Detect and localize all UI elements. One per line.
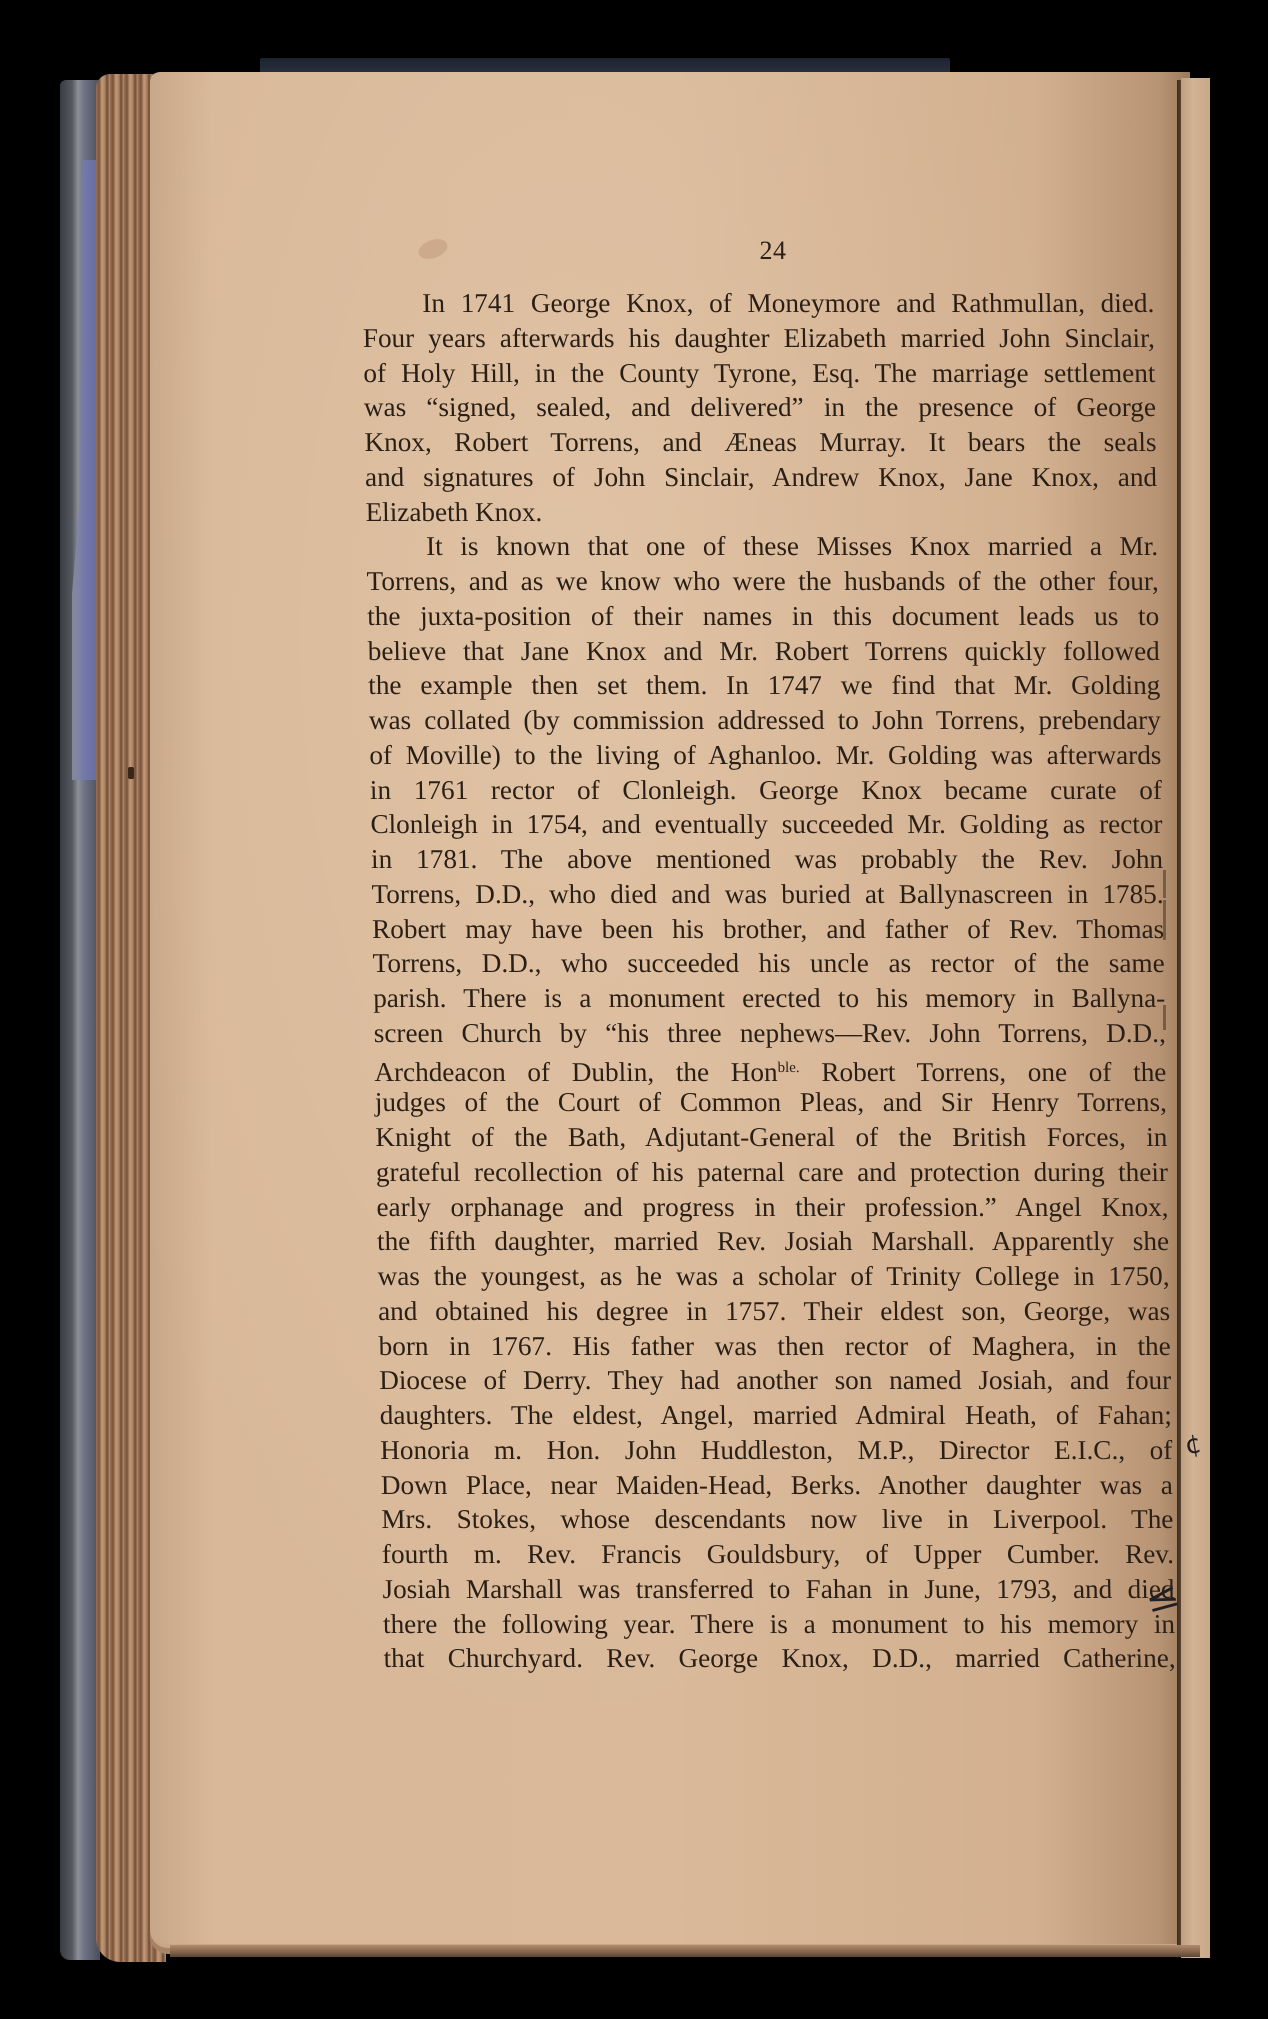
text-line: the fifth daughter, married Rev. Josiah … bbox=[377, 1224, 1170, 1259]
text-line: Torrens, D.D., who died and was buried a… bbox=[371, 877, 1164, 912]
text-line: was the youngest, as he was a scholar of… bbox=[377, 1259, 1170, 1294]
text-line: Elizabeth Knox. bbox=[365, 495, 1158, 530]
text-line: fourth m. Rev. Francis Gouldsbury, of Up… bbox=[382, 1537, 1175, 1572]
text-line: there the following year. There is a mon… bbox=[383, 1607, 1176, 1642]
text-line: In 1741 George Knox, of Moneymore and Ra… bbox=[362, 286, 1155, 321]
text-line: Mrs. Stokes, whose descendants now live … bbox=[381, 1502, 1174, 1537]
text-line: in 1781. The above mentioned was probabl… bbox=[371, 842, 1164, 877]
text-fragment: Archdeacon of Dublin, the Hon bbox=[374, 1057, 778, 1087]
text-line: Diocese of Derry. They had another son n… bbox=[379, 1363, 1172, 1398]
text-line: Knight of the Bath, Adjutant-General of … bbox=[375, 1120, 1168, 1155]
text-line: and obtained his degree in 1757. Their e… bbox=[378, 1294, 1171, 1329]
page-number: 24 bbox=[0, 236, 1268, 266]
text-fragment: Robert Torrens, one of the bbox=[799, 1057, 1166, 1087]
text-line: grateful recollection of his paternal ca… bbox=[376, 1155, 1169, 1190]
text-line: of Holy Hill, in the County Tyrone, Esq.… bbox=[363, 356, 1156, 391]
text-line: believe that Jane Knox and Mr. Robert To… bbox=[367, 634, 1160, 669]
text-line: that Churchyard. Rev. George Knox, D.D.,… bbox=[383, 1641, 1176, 1676]
text-line: Torrens, D.D., who succeeded his uncle a… bbox=[372, 946, 1165, 981]
text-line: born in 1767. His father was then rector… bbox=[378, 1329, 1171, 1364]
text-line: parish. There is a monument erected to h… bbox=[373, 981, 1166, 1016]
text-line: Honoria m. Hon. John Huddleston, M.P., D… bbox=[380, 1433, 1173, 1468]
text-line: Four years afterwards his daughter Eliza… bbox=[363, 321, 1156, 356]
paragraph-2: It is known that one of these Misses Kno… bbox=[366, 529, 1176, 1676]
text-line: judges of the Court of Common Pleas, and… bbox=[375, 1085, 1168, 1120]
text-line: of Moville) to the living of Aghanloo. M… bbox=[369, 738, 1162, 773]
text-line: the juxta-position of their names in thi… bbox=[367, 599, 1160, 634]
text-line: daughters. The eldest, Angel, married Ad… bbox=[379, 1398, 1172, 1433]
text-line: was “signed, sealed, and delivered” in t… bbox=[364, 390, 1157, 425]
text-line: Torrens, and as we know who were the hus… bbox=[366, 564, 1159, 599]
text-line: early orphanage and progress in their pr… bbox=[376, 1190, 1169, 1225]
text-line: Josiah Marshall was transferred to Fahan… bbox=[382, 1572, 1175, 1607]
text-line: and signatures of John Sinclair, Andrew … bbox=[365, 460, 1158, 495]
page-edge-mark bbox=[128, 767, 134, 779]
text-line: the example then set them. In 1747 we fi… bbox=[368, 668, 1161, 703]
text-line: Clonleigh in 1754, and eventually succee… bbox=[370, 807, 1163, 842]
text-line-honourable: Archdeacon of Dublin, the Honble. Robert… bbox=[374, 1051, 1167, 1086]
text-line: screen Church by “his three nephews—Rev.… bbox=[373, 1016, 1166, 1051]
text-line: in 1761 rector of Clonleigh. George Knox… bbox=[370, 773, 1163, 808]
text-line: Knox, Robert Torrens, and Æneas Murray. … bbox=[364, 425, 1157, 460]
text-line: Robert may have been his brother, and fa… bbox=[372, 912, 1165, 947]
paragraph-1: In 1741 George Knox, of Moneymore and Ra… bbox=[362, 286, 1158, 529]
text-line: Down Place, near Maiden-Head, Berks. Ano… bbox=[381, 1468, 1174, 1503]
text-line: was collated (by commission addressed to… bbox=[369, 703, 1162, 738]
superscript-ble: ble. bbox=[777, 1060, 799, 1076]
body-text: In 1741 George Knox, of Moneymore and Ra… bbox=[362, 286, 1176, 1676]
text-line: It is known that one of these Misses Kno… bbox=[366, 529, 1159, 564]
inner-page-strip bbox=[1181, 78, 1210, 1958]
page-bottom-edge bbox=[170, 1945, 1200, 1957]
